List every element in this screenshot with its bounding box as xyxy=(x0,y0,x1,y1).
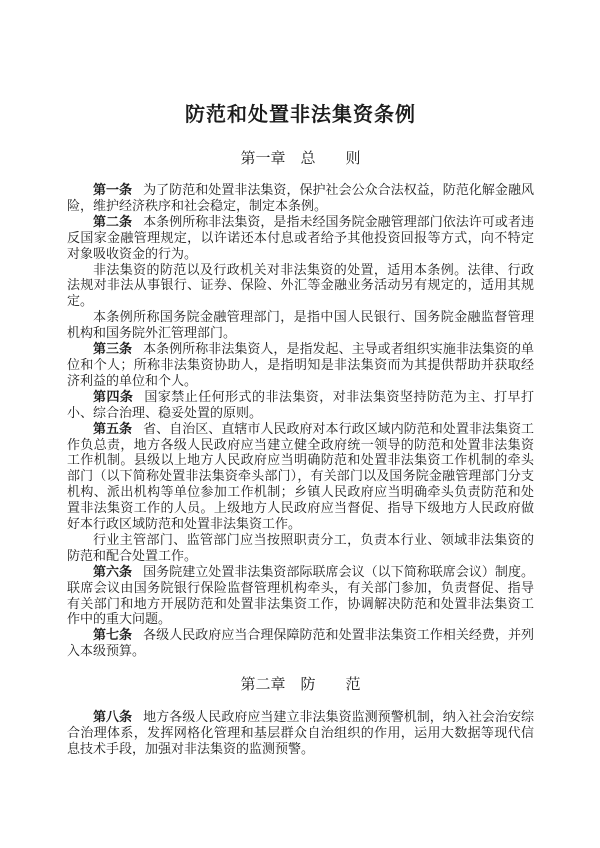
article-1-number: 第一条 xyxy=(93,182,132,197)
article-2-continuation-1-text: 非法集资的防范以及行政机关对非法集资的处置，适用本条例。法律、行政法规对非法从事… xyxy=(67,262,534,309)
document-page: 防范和处置非法集资条例 第一章 总 则 第一条为了防范和处置非法集资，保护社会公… xyxy=(0,0,600,848)
article-8: 第八条地方各级人民政府应当建立非法集资监测预警机制，纳入社会治安综合治理体系，发… xyxy=(67,709,534,757)
article-6: 第六条国务院建立处置非法集资部际联席会议（以下简称联席会议）制度。联席会议由国务… xyxy=(67,564,534,628)
article-2-continuation-2-text: 本条例所称国务院金融管理部门，是指中国人民银行、国务院金融监督管理机构和国务院外… xyxy=(67,309,534,340)
article-5-number: 第五条 xyxy=(93,421,132,436)
article-3-number: 第三条 xyxy=(93,341,132,356)
article-5: 第五条省、自治区、直辖市人民政府对本行政区域内防范和处置非法集资工作负总责，地方… xyxy=(67,421,534,532)
article-5-continuation-1-text: 行业主管部门、监管部门应当按照职责分工，负责本行业、领域非法集资的防范和配合处置… xyxy=(67,532,534,563)
article-2: 第二条本条例所称非法集资，是指未经国务院金融管理部门依法许可或者违反国家金融管理… xyxy=(67,214,534,262)
article-2-text: 本条例所称非法集资，是指未经国务院金融管理部门依法许可或者违反国家金融管理规定，… xyxy=(67,214,534,261)
article-7-text: 各级人民政府应当合理保障防范和处置非法集资工作相关经费，并列入本级预算。 xyxy=(67,627,534,658)
article-6-number: 第六条 xyxy=(93,564,132,579)
article-4-number: 第四条 xyxy=(93,389,133,404)
chapter-1-heading: 第一章 总 则 xyxy=(67,150,534,168)
article-8-number: 第八条 xyxy=(93,709,132,724)
article-2-continuation-2: 本条例所称国务院金融管理部门，是指中国人民银行、国务院金融监督管理机构和国务院外… xyxy=(67,309,534,341)
article-1-text: 为了防范和处置非法集资，保护社会公众合法权益，防范化解金融风险，维护经济秩序和社… xyxy=(67,182,534,213)
document-title: 防范和处置非法集资条例 xyxy=(67,103,534,127)
article-3: 第三条本条例所称非法集资人，是指发起、主导或者组织实施非法集资的单位和个人；所称… xyxy=(67,341,534,389)
article-5-continuation-1: 行业主管部门、监管部门应当按照职责分工，负责本行业、领域非法集资的防范和配合处置… xyxy=(67,532,534,564)
article-7: 第七条各级人民政府应当合理保障防范和处置非法集资工作相关经费，并列入本级预算。 xyxy=(67,627,534,659)
article-8-text: 地方各级人民政府应当建立非法集资监测预警机制，纳入社会治安综合治理体系，发挥网格… xyxy=(67,709,534,756)
article-4: 第四条国家禁止任何形式的非法集资，对非法集资坚持防范为主、打早打小、综合治理、稳… xyxy=(67,389,534,421)
article-7-number: 第七条 xyxy=(93,627,132,642)
article-5-text: 省、自治区、直辖市人民政府对本行政区域内防范和处置非法集资工作负总责，地方各级人… xyxy=(67,421,534,531)
chapter-2-heading: 第二章 防 范 xyxy=(67,676,534,694)
article-4-text: 国家禁止任何形式的非法集资，对非法集资坚持防范为主、打早打小、综合治理、稳妥处置… xyxy=(67,389,534,420)
article-1: 第一条为了防范和处置非法集资，保护社会公众合法权益，防范化解金融风险，维护经济秩… xyxy=(67,182,534,214)
article-6-text: 国务院建立处置非法集资部际联席会议（以下简称联席会议）制度。联席会议由国务院银行… xyxy=(67,564,534,627)
article-2-number: 第二条 xyxy=(93,214,132,229)
article-3-text: 本条例所称非法集资人，是指发起、主导或者组织实施非法集资的单位和个人；所称非法集… xyxy=(67,341,534,388)
article-2-continuation-1: 非法集资的防范以及行政机关对非法集资的处置，适用本条例。法律、行政法规对非法从事… xyxy=(67,262,534,310)
